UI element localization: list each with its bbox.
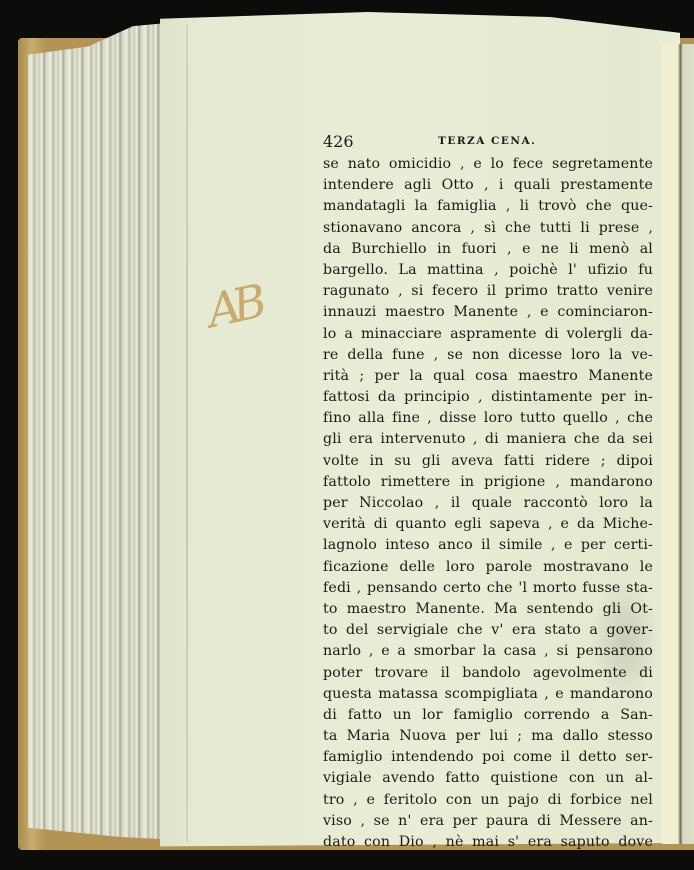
running-head: 426 TERZA CENA. <box>323 132 653 154</box>
text-line: fino alla fine , disse loro tutto quello… <box>323 408 653 429</box>
text-line: bargello. La mattina , poichè l' ufizio … <box>323 260 653 281</box>
text-line: tro , e feritolo con un pajo di forbice … <box>323 790 653 811</box>
body-text: se nato omicidio , e lo fece segretament… <box>323 154 653 853</box>
page-edges-stack <box>28 22 178 840</box>
facing-page-edge <box>662 44 694 844</box>
page-number: 426 <box>323 132 354 151</box>
chapter-title: TERZA CENA. <box>438 135 536 147</box>
text-line: innauzi maestro Manente , e cominciaron- <box>323 302 653 323</box>
text-line: vigiale avendo fatto quistione con un al… <box>323 768 653 789</box>
text-line: verità di quanto egli sapeva , e da Mich… <box>323 514 653 535</box>
text-line: se nato omicidio , e lo fece segretament… <box>323 154 653 175</box>
text-block: 426 TERZA CENA. se nato omicidio , e lo … <box>323 132 653 853</box>
text-line: ta Maria Nuova per lui ; ma dallo stesso <box>323 726 653 747</box>
text-line: intendere agli Otto , i quali prestament… <box>323 175 653 196</box>
text-line: narlo , e a smorbar la casa , si pensaro… <box>323 641 653 662</box>
text-line: dato con Dio , nè mai s' era saputo dove <box>323 832 653 853</box>
text-line: re della fune , se non dicesse loro la v… <box>323 345 653 366</box>
text-line: fattosi da principio , distintamente per… <box>323 387 653 408</box>
text-line: rità ; per la qual cosa maestro Manente <box>323 366 653 387</box>
text-line: famiglio intendendo poi come il detto se… <box>323 747 653 768</box>
text-line: mandatagli la famiglia , li trovò che qu… <box>323 196 653 217</box>
text-line: volte in su gli aveva fatti ridere ; dip… <box>323 451 653 472</box>
text-line: viso , se n' era per paura di Messere an… <box>323 811 653 832</box>
text-line: stionavano ancora , sì che tutti li pres… <box>323 218 653 239</box>
text-line: di fatto un lor famiglio correndo a San- <box>323 705 653 726</box>
text-line: da Burchiello in fuori , e ne li menò al <box>323 239 653 260</box>
text-line: lagnolo inteso anco il simile , e per ce… <box>323 535 653 556</box>
text-line: ragunato , si fecero il primo tratto ven… <box>323 281 653 302</box>
text-line: to maestro Manente. Ma sentendo gli Ot- <box>323 599 653 620</box>
text-line: to del servigiale che v' era stato a gov… <box>323 620 653 641</box>
text-line: questa matassa scompigliata , e mandaron… <box>323 684 653 705</box>
text-line: fedi , pensando certo che 'l morto fusse… <box>323 578 653 599</box>
text-line: fattolo rimettere in prigione , mandaron… <box>323 472 653 493</box>
text-line: ficazione delle loro parole mostravano l… <box>323 557 653 578</box>
page-crease <box>186 24 188 842</box>
text-line: poter trovare il bandolo agevolmente di <box>323 663 653 684</box>
text-line: per Niccolao , il quale raccontò loro la <box>323 493 653 514</box>
text-line: lo a minacciare aspramente di volergli d… <box>323 324 653 345</box>
text-line: gli era intervenuto , di maniera che da … <box>323 429 653 450</box>
